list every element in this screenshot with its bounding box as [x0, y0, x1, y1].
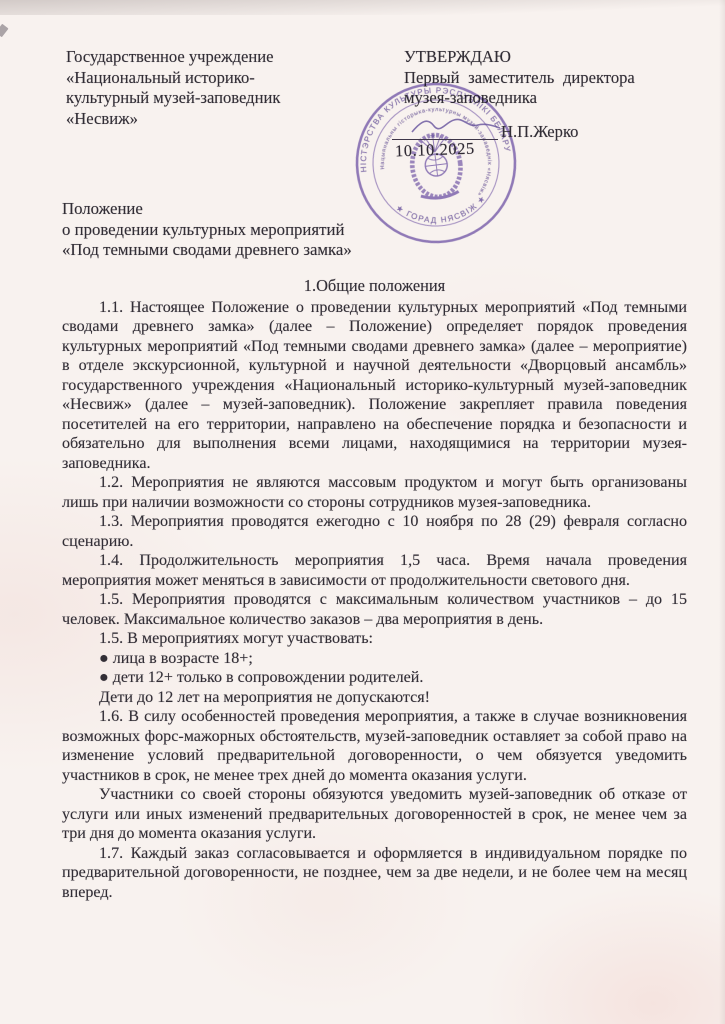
- org-line: «Национальный историко-: [66, 68, 376, 89]
- document-body: 1.Общие положения 1.1. Настоящее Положен…: [62, 276, 687, 902]
- issuing-org-block: Государственное учреждение «Национальный…: [66, 47, 376, 130]
- signee-name: Н.П.Жерко: [501, 122, 578, 142]
- org-line: культурный музей-заповедник: [66, 88, 376, 109]
- scan-artifact-mark: [0, 24, 9, 38]
- approval-label: УТВЕРЖДАЮ: [404, 47, 696, 68]
- note-children: Дети до 12 лет на мероприятия не допуска…: [62, 688, 687, 708]
- document-page: Государственное учреждение «Национальный…: [0, 0, 725, 1024]
- paragraph-1-6: 1.6. В силу особенностей проведения меро…: [62, 707, 687, 785]
- bullet-item: ● лица в возрасте 18+;: [62, 649, 687, 669]
- approval-date: 10.10.2025: [395, 139, 475, 162]
- bullet-item: ● дети 12+ только в сопровождении родите…: [62, 668, 687, 688]
- paragraph-1-6b: Участники со своей стороны обязуются уве…: [62, 785, 687, 844]
- paragraph-1-7: 1.7. Каждый заказ согласовывается и офор…: [62, 844, 687, 903]
- paragraph-1-4: 1.4. Продолжительность мероприятия 1,5 ч…: [62, 551, 687, 590]
- section-heading: 1.Общие положения: [62, 276, 687, 296]
- signature-line: [392, 124, 498, 140]
- org-line: Государственное учреждение: [66, 47, 376, 68]
- scan-edge-top: [0, 0, 725, 15]
- paragraph-1-3: 1.3. Мероприятия проводятся ежегодно с 1…: [62, 512, 687, 551]
- official-stamp-icon: МІНІСТЭРСТВА КУЛЬТУРЫ РЭСПУБЛІКІ БЕЛАРУС…: [341, 68, 530, 257]
- paragraph-1-1: 1.1. Настоящее Положение о проведении ку…: [62, 298, 687, 474]
- paragraph-1-5: 1.5. Мероприятия проводятся с максимальн…: [62, 590, 687, 629]
- paragraph-1-5b: 1.5. В мероприятиях могут участвовать:: [62, 629, 687, 649]
- scan-edge-right: [719, 0, 725, 1024]
- org-line: «Несвиж»: [66, 109, 376, 130]
- paragraph-1-2: 1.2. Мероприятия не являются массовым пр…: [62, 473, 687, 512]
